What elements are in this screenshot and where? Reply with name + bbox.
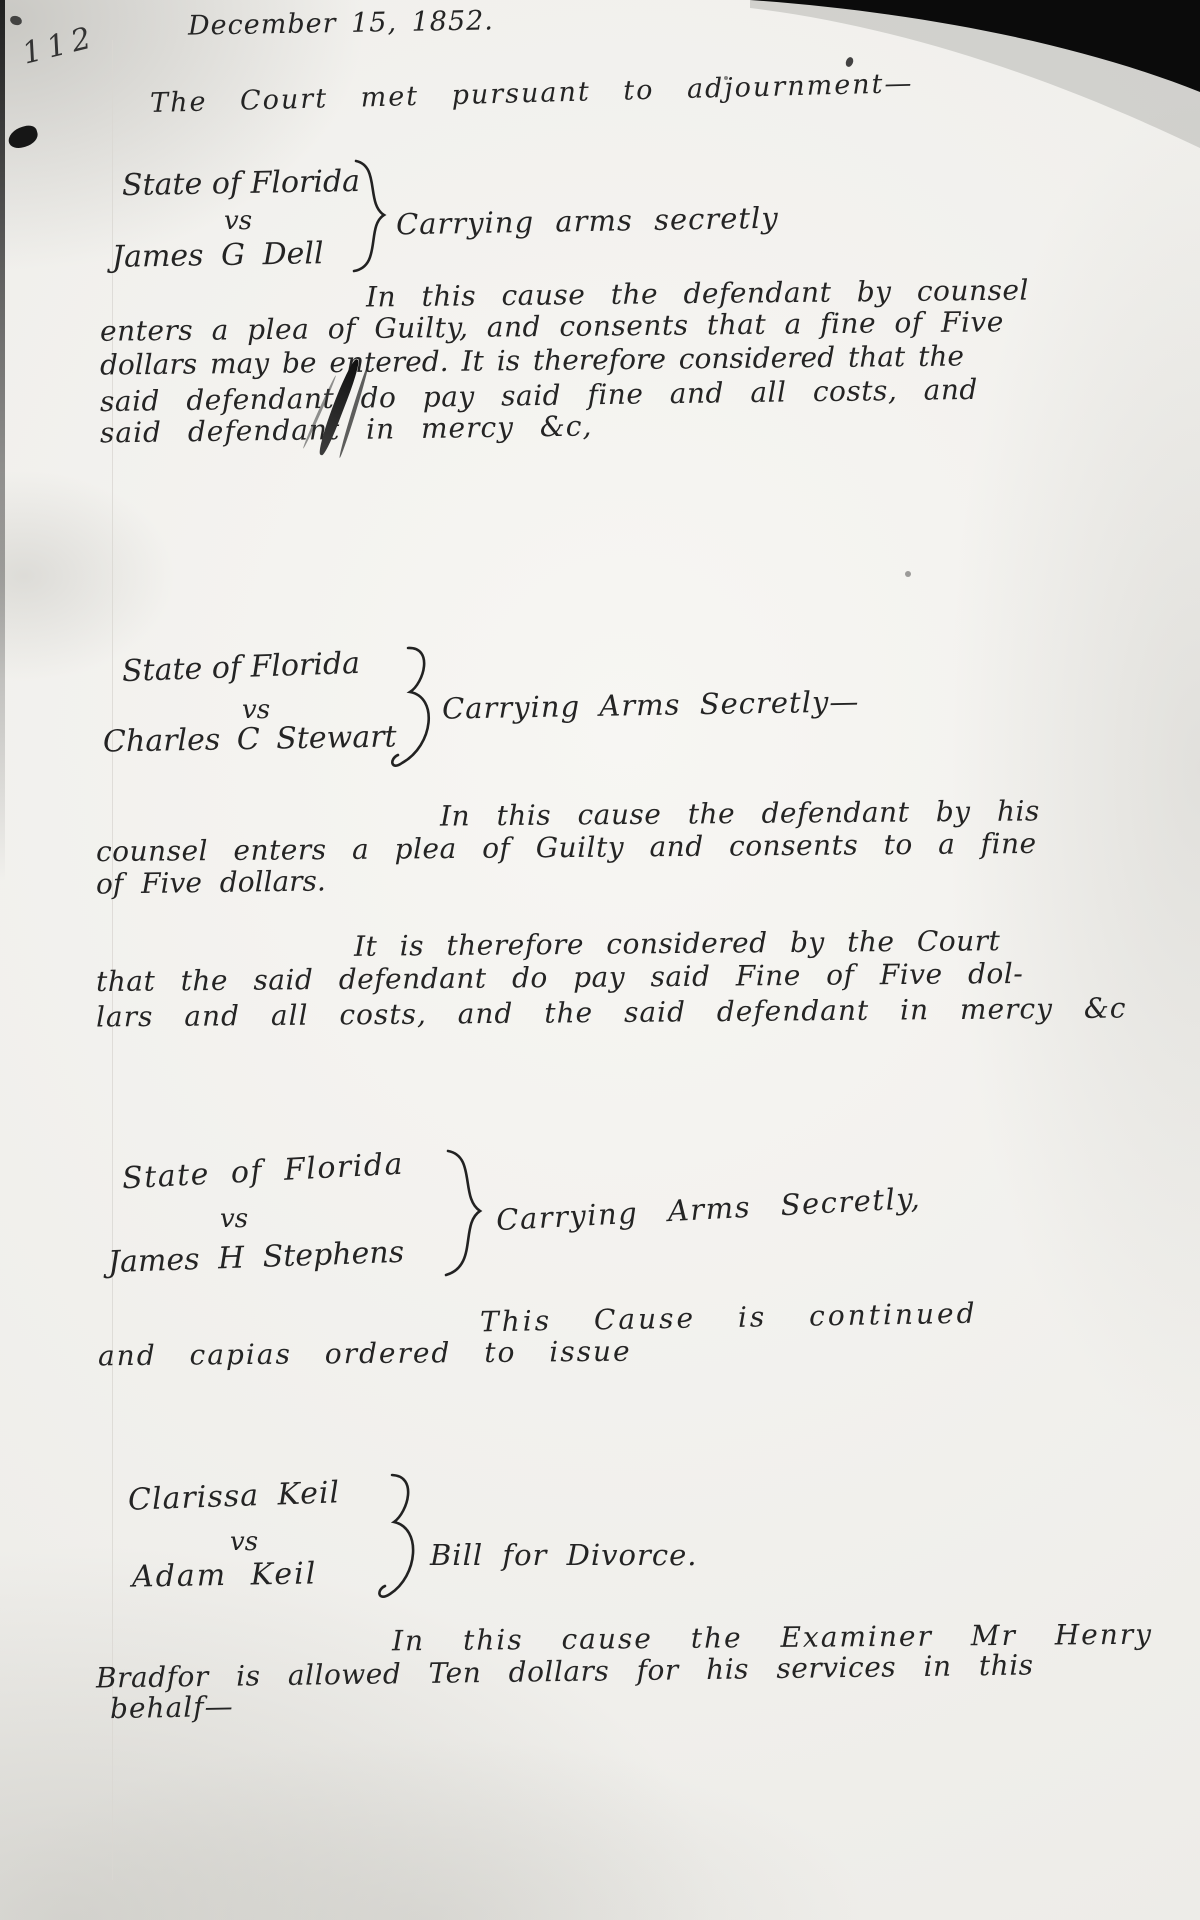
case-body-line: that the said defendant do pay said Fine… (96, 959, 1023, 996)
date-heading: December 15, 1852. (188, 7, 494, 41)
case-matter: Bill for Divorce. (430, 1540, 697, 1570)
case-defendant: James H Stephens (108, 1237, 405, 1279)
case-defendant: Adam Keil (132, 1558, 318, 1593)
case-matter: Carrying arms secretly (396, 203, 779, 240)
case-matter: Carrying Arms Secretly— (442, 686, 860, 724)
case-brace-icon (348, 158, 396, 274)
case-body-line: Bradfor is allowed Ten dollars for his s… (96, 1650, 1034, 1692)
case-body-line: and capias ordered to issue (98, 1337, 632, 1371)
case-defendant: Charles C Stewart (103, 721, 397, 758)
case-body-line: It is therefore considered by the Court (354, 926, 1001, 961)
case-body-line: of Five dollars. (96, 866, 326, 899)
case-plaintiff: Clarissa Keil (128, 1477, 341, 1516)
case-versus: vs (220, 1206, 248, 1233)
ink-blot (6, 123, 40, 150)
case-plaintiff: State of Florida (121, 1149, 404, 1195)
case-body-line: counsel enters a plea of Guilty and cons… (96, 829, 1037, 867)
case-body-line: This Cause is continued (480, 1299, 978, 1337)
case-body-line: In this cause the Examiner Mr Henry (392, 1620, 1153, 1656)
case-versus: vs (224, 208, 252, 235)
scan-left-edge (0, 0, 5, 980)
case-matter: Carrying Arms Secretly, (495, 1183, 921, 1236)
page-number: 112 (19, 21, 100, 70)
case-body-line: behalf— (110, 1692, 234, 1724)
case-body-line: lars and all costs, and the said defenda… (96, 994, 1127, 1032)
case-versus: vs (242, 697, 270, 724)
case-brace-icon (372, 1472, 424, 1612)
case-plaintiff: State of Florida (122, 166, 361, 202)
scanned-page: 112 December 15, 1852. The Court met pur… (0, 0, 1200, 1920)
case-plaintiff: State of Florida (122, 648, 361, 688)
case-versus: vs (230, 1529, 258, 1556)
case-defendant: James G Dell (112, 238, 324, 273)
ink-blot (9, 14, 23, 26)
ink-speck (905, 571, 911, 577)
case-brace-icon (438, 1148, 492, 1280)
case-body-line: In this cause the defendant by his (440, 796, 1040, 831)
case-brace-icon (386, 645, 442, 781)
